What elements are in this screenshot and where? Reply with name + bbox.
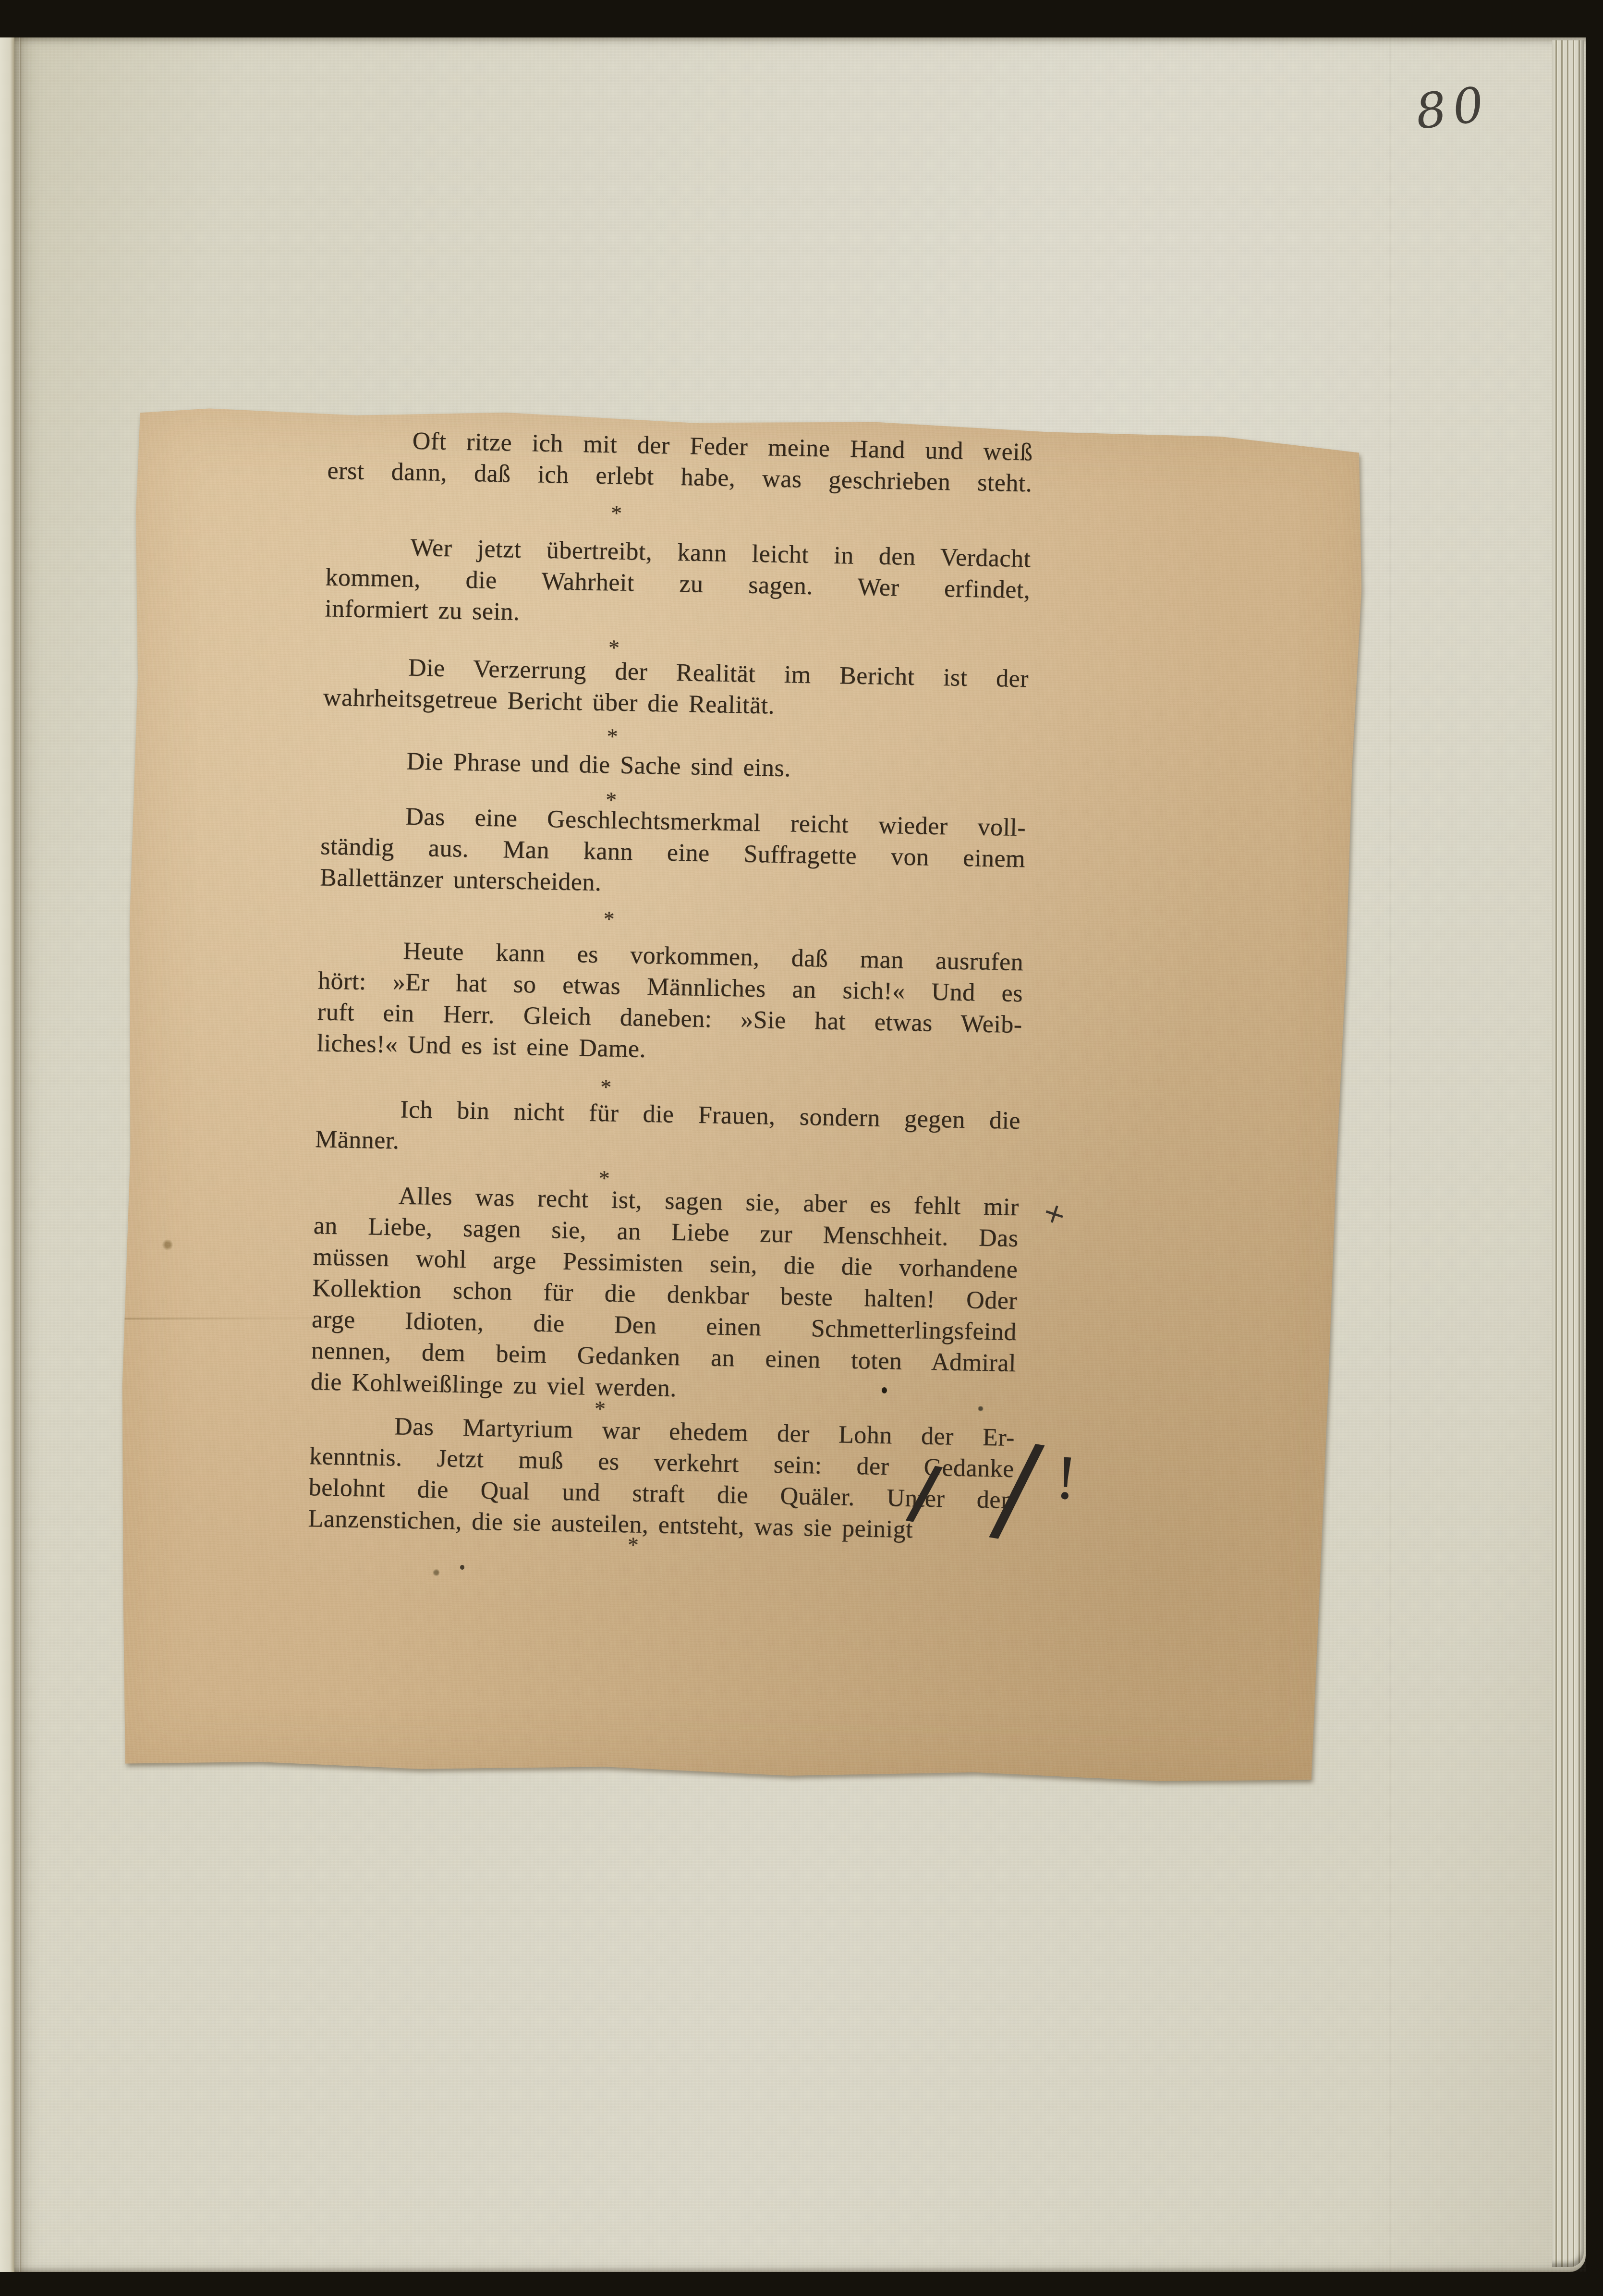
aphorism-paragraph: Ich bin nicht für die Frauen, sondern ge…: [315, 1092, 1020, 1168]
page-edge-stack: [1552, 40, 1584, 2267]
aphorism-paragraph: Wer jetzt übertreibt, kann leicht in den…: [325, 530, 1031, 637]
scanned-book-page: { "page": { "number": "80", "separator_g…: [0, 0, 1603, 2296]
pasted-clipping: Oft ritze ich mit der Feder meine Hand u…: [110, 404, 1370, 1789]
aphorism-paragraph: Die Verzerrung der Realität im Bericht i…: [323, 650, 1029, 726]
aphorism-paragraph: Heute kann es vorkommen, daß man ausrufe…: [316, 934, 1024, 1072]
aphorism-paragraph: Oft ritze ich mit der Feder meine Hand u…: [327, 424, 1033, 499]
ink-speck: [460, 1565, 464, 1570]
handwritten-exclamation-mark: !: [1052, 1445, 1080, 1513]
clipping-wrapper: Oft ritze ich mit der Feder meine Hand u…: [135, 404, 1370, 1766]
page-crease: [1389, 37, 1391, 2272]
aphorism-paragraph: Alles was recht ist, sagen sie, aber es …: [310, 1179, 1019, 1410]
paper-stain: [162, 1238, 173, 1251]
asterisk-separator: *: [327, 492, 1032, 536]
previous-page-edge: [0, 37, 14, 2272]
paper-stain: [433, 1569, 439, 1576]
aphorism-text-column: Oft ritze ich mit der Feder meine Hand u…: [328, 408, 1033, 421]
ink-speck: [882, 1387, 887, 1393]
aphorism-paragraph: Das eine Geschlechtsmerkmal reicht wiede…: [319, 799, 1026, 906]
handwritten-page-number: 80: [1412, 75, 1493, 140]
gutter-crease: [19, 37, 22, 2272]
